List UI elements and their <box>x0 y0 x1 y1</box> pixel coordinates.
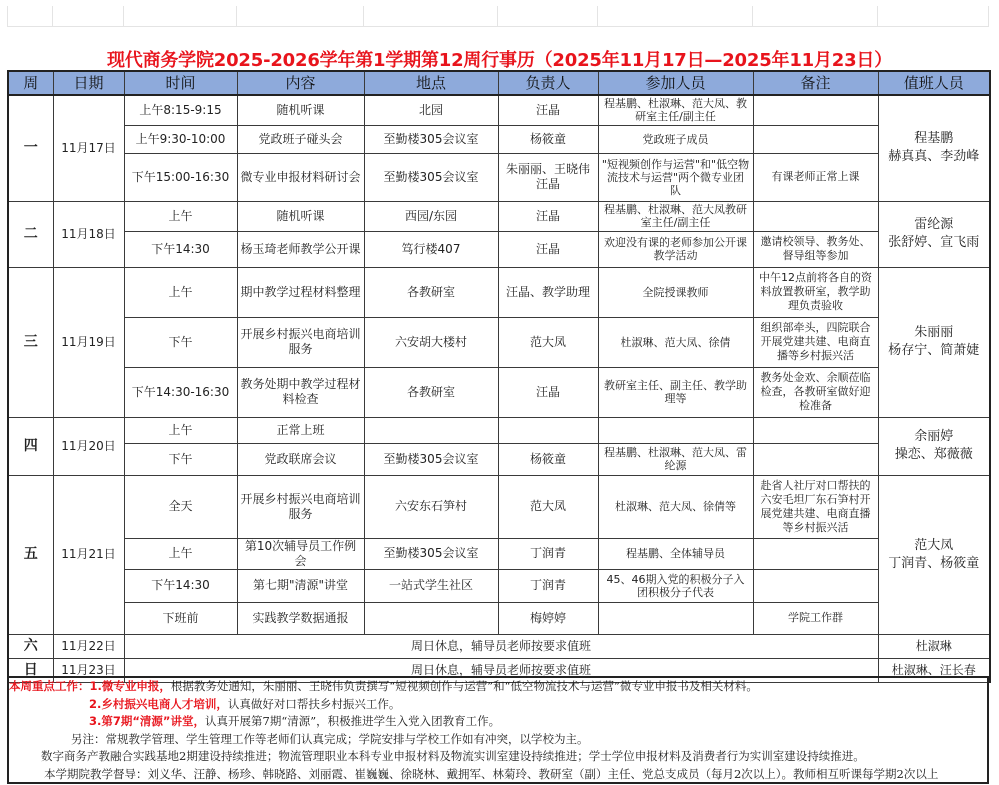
duty-cell: 雷纶源 张舒婷、宣飞雨 <box>878 201 990 267</box>
schedule-table: 周 日期 时间 内容 地点 负责人 参加人员 备注 值班人员 一11月17日上午… <box>7 70 991 683</box>
slot-remark <box>753 125 878 153</box>
key-work-label: 本周重点工作： <box>9 679 90 693</box>
slot-owner: 汪晶、教学助理 <box>498 267 598 317</box>
slot-content: 第七期"清源"讲堂 <box>237 569 364 602</box>
slot-owner: 范大凤 <box>498 475 598 538</box>
slot-time: 上午 <box>124 201 237 231</box>
slot-location: 至勤楼305会议室 <box>364 538 498 569</box>
key-item-2-title: 2.乡村振兴电商人才培训， <box>89 697 228 711</box>
slot-time: 全天 <box>124 475 237 538</box>
weekday-cell: 三 <box>8 267 53 417</box>
date-cell: 11月18日 <box>53 201 124 267</box>
slot-remark <box>753 201 878 231</box>
slot-participants <box>598 602 753 634</box>
duty-cell: 朱丽丽 杨存宁、简萧婕 <box>878 267 990 417</box>
slot-content: 实践教学数据通报 <box>237 602 364 634</box>
header-date: 日期 <box>53 71 124 95</box>
slot-time: 上午 <box>124 267 237 317</box>
schedule-row: 下午14:30-16:30教务处期中教学过程材料检查各教研室汪晶教研室主任、副主… <box>8 367 990 417</box>
slot-owner: 丁润青 <box>498 538 598 569</box>
slot-content: 期中教学过程材料整理 <box>237 267 364 317</box>
weekday-cell: 六 <box>8 634 53 658</box>
slot-owner: 汪晶 <box>498 201 598 231</box>
slot-location: 各教研室 <box>364 367 498 417</box>
slot-owner: 丁润青 <box>498 569 598 602</box>
schedule-row: 下午14:30杨玉琦老师教学公开课笃行楼407汪晶欢迎没有课的老师参加公开课教学… <box>8 231 990 267</box>
notes-supervision: 本学期院教学督导：刘义华、汪静、杨珍、韩晓路、刘丽霞、崔巍巍、徐晓林、戴拥军、林… <box>9 766 987 784</box>
notes-extra: 另注：常规教学管理、学生管理工作等老师们认真完成；学院安排与学校工作如有冲突，以… <box>9 731 987 749</box>
date-cell: 11月19日 <box>53 267 124 417</box>
slot-participants: 全院授课教师 <box>598 267 753 317</box>
slot-owner: 杨筱童 <box>498 125 598 153</box>
slot-remark <box>753 538 878 569</box>
slot-participants: "短视频创作与运营"和"低空物流技术与运营"两个微专业团队 <box>598 153 753 201</box>
schedule-row: 下午15:00-16:30微专业申报材料研讨会至勤楼305会议室朱丽丽、王晓伟汪… <box>8 153 990 201</box>
duty-cell: 余丽婷 操恋、郑薇薇 <box>878 417 990 475</box>
key-item-1-title: 1.微专业申报， <box>90 679 171 693</box>
slot-content: 开展乡村振兴电商培训服务 <box>237 475 364 538</box>
schedule-row: 下班前实践教学数据通报梅婷婷学院工作群 <box>8 602 990 634</box>
slot-time: 上午 <box>124 417 237 443</box>
slot-location: 至勤楼305会议室 <box>364 443 498 475</box>
slot-location: 至勤楼305会议室 <box>364 125 498 153</box>
slot-content: 随机听课 <box>237 201 364 231</box>
slot-participants: 程基鹏、杜淑琳、范大凤、雷纶源 <box>598 443 753 475</box>
slot-content: 第10次辅导员工作例会 <box>237 538 364 569</box>
header-row: 周 日期 时间 内容 地点 负责人 参加人员 备注 值班人员 <box>8 71 990 95</box>
slot-participants: 程基鹏、全体辅导员 <box>598 538 753 569</box>
slot-location <box>364 602 498 634</box>
schedule-row: 下午党政联席会议至勤楼305会议室杨筱童程基鹏、杜淑琳、范大凤、雷纶源 <box>8 443 990 475</box>
slot-time: 上午9:30-10:00 <box>124 125 237 153</box>
notes-panel: 本周重点工作：1.微专业申报，根据教务处通知，朱丽丽、王晓伟负责撰写“短视频创作… <box>7 676 989 784</box>
schedule-row: 上午9:30-10:00党政班子碰头会至勤楼305会议室杨筱童党政班子成员 <box>8 125 990 153</box>
key-item-3-title: 3.第7期“清源”讲堂， <box>89 714 205 728</box>
slot-time: 下午 <box>124 317 237 367</box>
schedule-row: 四11月20日上午正常上班余丽婷 操恋、郑薇薇 <box>8 417 990 443</box>
date-cell: 11月21日 <box>53 475 124 634</box>
weekend-note-cell: 周日休息，辅导员老师按要求值班 <box>124 634 878 658</box>
slot-owner: 汪晶 <box>498 231 598 267</box>
date-cell: 11月22日 <box>53 634 124 658</box>
slot-content: 正常上班 <box>237 417 364 443</box>
schedule-row: 下午开展乡村振兴电商培训服务六安胡大楼村范大凤杜淑琳、范大凤、徐倩组织部牵头，四… <box>8 317 990 367</box>
schedule-row: 五11月21日全天开展乡村振兴电商培训服务六安东石笋村范大凤杜淑琳、范大凤、徐倩… <box>8 475 990 538</box>
slot-time: 上午 <box>124 538 237 569</box>
slot-time: 下午14:30 <box>124 569 237 602</box>
date-cell: 11月20日 <box>53 417 124 475</box>
duty-cell: 范大凤 丁润青、杨筱童 <box>878 475 990 634</box>
notes-line-2: 2.乡村振兴电商人才培训，认真做好对口帮扶乡村振兴工作。 <box>9 696 987 714</box>
duty-cell: 杜淑琳 <box>878 634 990 658</box>
spreadsheet-gridlines <box>7 6 989 27</box>
slot-location: 六安东石笋村 <box>364 475 498 538</box>
header-week: 周 <box>8 71 53 95</box>
slot-remark: 中午12点前将各自的资料放置教研室，教学助理负责验收 <box>753 267 878 317</box>
slot-location <box>364 417 498 443</box>
slot-content: 开展乡村振兴电商培训服务 <box>237 317 364 367</box>
slot-time: 下午14:30-16:30 <box>124 367 237 417</box>
slot-participants: 杜淑琳、范大凤、徐倩 <box>598 317 753 367</box>
slot-remark <box>753 95 878 125</box>
slot-content: 党政班子碰头会 <box>237 125 364 153</box>
notes-construction: 数字商务产教融合实践基地2期建设持续推进；物流管理职业本科专业申报材料及物流实训… <box>9 748 987 766</box>
header-time: 时间 <box>124 71 237 95</box>
schedule-row: 下午14:30第七期"清源"讲堂一站式学生社区丁润青45、46期入党的积极分子入… <box>8 569 990 602</box>
slot-time: 下午 <box>124 443 237 475</box>
schedule-row: 二11月18日上午随机听课西园/东园汪晶程基鹏、杜淑琳、范大凤教研室主任/副主任… <box>8 201 990 231</box>
slot-time: 下午15:00-16:30 <box>124 153 237 201</box>
weekday-cell: 二 <box>8 201 53 267</box>
slot-content: 教务处期中教学过程材料检查 <box>237 367 364 417</box>
slot-remark: 有课老师正常上课 <box>753 153 878 201</box>
weekday-cell: 一 <box>8 95 53 201</box>
slot-location: 至勤楼305会议室 <box>364 153 498 201</box>
slot-participants: 45、46期入党的积极分子入团积极分子代表 <box>598 569 753 602</box>
slot-owner: 杨筱童 <box>498 443 598 475</box>
slot-location: 西园/东园 <box>364 201 498 231</box>
slot-content: 微专业申报材料研讨会 <box>237 153 364 201</box>
slot-owner: 朱丽丽、王晓伟汪晶 <box>498 153 598 201</box>
slot-remark: 赴省人社厅对口帮扶的六安毛坦厂东石笋村开展党建共建、电商直播等乡村振兴活 <box>753 475 878 538</box>
slot-participants: 程基鹏、杜淑琳、范大凤、教研室主任/副主任 <box>598 95 753 125</box>
slot-content: 党政联席会议 <box>237 443 364 475</box>
slot-participants: 党政班子成员 <box>598 125 753 153</box>
notes-line-1: 本周重点工作：1.微专业申报，根据教务处通知，朱丽丽、王晓伟负责撰写“短视频创作… <box>9 678 987 696</box>
slot-participants <box>598 417 753 443</box>
schedule-row: 三11月19日上午期中教学过程材料整理各教研室汪晶、教学助理全院授课教师中午12… <box>8 267 990 317</box>
page-title: 现代商务学院2025-2026学年第1学期第12周行事历（2025年11月17日… <box>0 46 999 72</box>
header-content: 内容 <box>237 71 364 95</box>
slot-remark <box>753 417 878 443</box>
slot-owner: 汪晶 <box>498 95 598 125</box>
slot-remark <box>753 569 878 602</box>
slot-time: 下班前 <box>124 602 237 634</box>
date-cell: 11月17日 <box>53 95 124 201</box>
header-remark: 备注 <box>753 71 878 95</box>
slot-participants: 欢迎没有课的老师参加公开课教学活动 <box>598 231 753 267</box>
weekend-row: 六11月22日周日休息，辅导员老师按要求值班杜淑琳 <box>8 634 990 658</box>
slot-location: 六安胡大楼村 <box>364 317 498 367</box>
key-item-1-text: 根据教务处通知，朱丽丽、王晓伟负责撰写“短视频创作与运营”和“低空物流技术与运营… <box>171 679 758 693</box>
schedule-row: 上午第10次辅导员工作例会至勤楼305会议室丁润青程基鹏、全体辅导员 <box>8 538 990 569</box>
header-location: 地点 <box>364 71 498 95</box>
slot-owner: 梅婷婷 <box>498 602 598 634</box>
slot-remark <box>753 443 878 475</box>
slot-remark: 邀请校领导、教务处、督导组等参加 <box>753 231 878 267</box>
duty-cell: 程基鹏 赫真真、李劲峰 <box>878 95 990 201</box>
header-duty: 值班人员 <box>878 71 990 95</box>
slot-participants: 程基鹏、杜淑琳、范大凤教研室主任/副主任 <box>598 201 753 231</box>
slot-location: 笃行楼407 <box>364 231 498 267</box>
slot-location: 北园 <box>364 95 498 125</box>
slot-participants: 教研室主任、副主任、教学助理等 <box>598 367 753 417</box>
weekday-cell: 四 <box>8 417 53 475</box>
header-participants: 参加人员 <box>598 71 753 95</box>
slot-content: 随机听课 <box>237 95 364 125</box>
slot-remark: 学院工作群 <box>753 602 878 634</box>
slot-time: 下午14:30 <box>124 231 237 267</box>
slot-time: 上午8:15-9:15 <box>124 95 237 125</box>
weekday-cell: 五 <box>8 475 53 634</box>
key-item-3-text: 认真开展第7期“清源”，积极推进学生入党入团教育工作。 <box>205 714 500 728</box>
slot-participants: 杜淑琳、范大凤、徐倩等 <box>598 475 753 538</box>
slot-remark: 教务处金欢、余顺莅临检查，各教研室做好迎检准备 <box>753 367 878 417</box>
key-item-2-text: 认真做好对口帮扶乡村振兴工作。 <box>228 697 401 711</box>
slot-content: 杨玉琦老师教学公开课 <box>237 231 364 267</box>
slot-location: 一站式学生社区 <box>364 569 498 602</box>
schedule-row: 一11月17日上午8:15-9:15随机听课北园汪晶程基鹏、杜淑琳、范大凤、教研… <box>8 95 990 125</box>
notes-line-3: 3.第7期“清源”讲堂，认真开展第7期“清源”，积极推进学生入党入团教育工作。 <box>9 713 987 731</box>
slot-owner: 汪晶 <box>498 367 598 417</box>
slot-owner: 范大凤 <box>498 317 598 367</box>
slot-owner <box>498 417 598 443</box>
header-owner: 负责人 <box>498 71 598 95</box>
slot-remark: 组织部牵头，四院联合开展党建共建、电商直播等乡村振兴活 <box>753 317 878 367</box>
slot-location: 各教研室 <box>364 267 498 317</box>
